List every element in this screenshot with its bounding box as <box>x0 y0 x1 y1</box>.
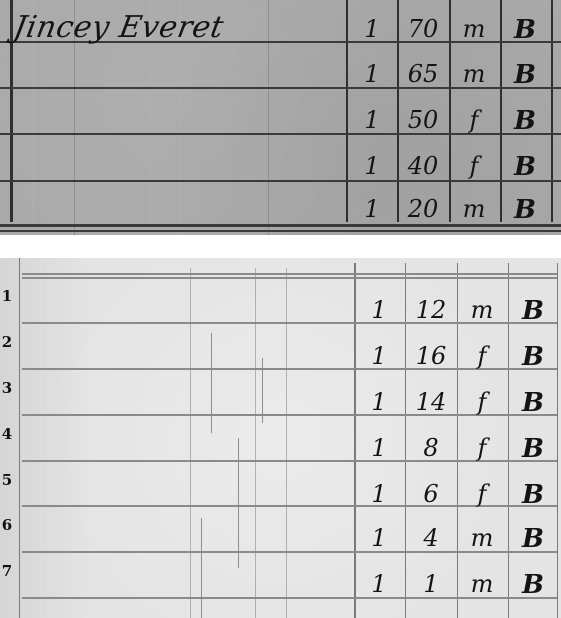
sex-cell: m <box>452 197 496 221</box>
faint-rule <box>190 268 191 618</box>
sex-cell: m <box>460 298 504 322</box>
number-cell: 1 <box>357 344 401 368</box>
number-cell: 1 <box>350 108 394 132</box>
number-cell: 1 <box>357 572 401 596</box>
color-cell: B <box>511 390 555 416</box>
age-cell: 4 <box>409 526 453 550</box>
age-cell: 70 <box>401 17 445 41</box>
slave-owner-name: Jincey Everet <box>11 13 226 43</box>
number-cell: 1 <box>350 62 394 86</box>
line-number: 2 <box>0 333 14 351</box>
color-cell: B <box>511 572 555 598</box>
number-cell: 1 <box>357 526 401 550</box>
row-rule <box>22 368 557 370</box>
color-cell: B <box>503 108 547 134</box>
color-cell: B <box>511 344 555 370</box>
color-cell: B <box>503 154 547 180</box>
column-rule-sex <box>457 263 458 618</box>
faint-rule <box>268 0 269 235</box>
number-cell: 1 <box>350 154 394 178</box>
line-number: 6 <box>0 516 14 534</box>
column-rule-age <box>397 0 399 222</box>
sex-cell: m <box>452 62 496 86</box>
age-cell: 50 <box>401 108 445 132</box>
column-rule-age <box>405 263 406 618</box>
column-rule-number <box>354 263 356 618</box>
color-cell: B <box>503 62 547 88</box>
column-rule-sex <box>449 0 451 222</box>
number-cell: 1 <box>357 482 401 506</box>
left-margin-rule <box>19 258 20 618</box>
bottom-double-rule <box>0 230 561 232</box>
row-rule <box>22 460 557 462</box>
age-cell: 8 <box>409 436 453 460</box>
number-cell: 1 <box>357 390 401 414</box>
header-double-rule <box>22 273 557 275</box>
color-cell: B <box>511 482 555 508</box>
line-number: 4 <box>0 425 14 443</box>
line-number: 7 <box>0 562 14 580</box>
column-rule-color <box>508 263 509 618</box>
sex-cell: f <box>452 108 496 132</box>
faint-rule <box>255 268 256 618</box>
age-cell: 20 <box>401 197 445 221</box>
age-cell: 40 <box>401 154 445 178</box>
color-cell: B <box>511 298 555 324</box>
age-cell: 12 <box>409 298 453 322</box>
column-rule-color <box>500 0 502 222</box>
color-cell: B <box>503 197 547 223</box>
sex-cell: f <box>460 390 504 414</box>
color-cell: B <box>511 526 555 552</box>
age-cell: 16 <box>409 344 453 368</box>
row-rule <box>0 180 561 182</box>
age-cell: 65 <box>401 62 445 86</box>
line-number: 1 <box>0 287 14 305</box>
number-cell: 1 <box>357 298 401 322</box>
column-rule-end <box>557 263 558 618</box>
stray-mark <box>201 518 202 618</box>
line-number: 3 <box>0 379 14 397</box>
sex-cell: f <box>460 344 504 368</box>
bottom-census-fragment: 1 2 3 4 5 6 7 1 12 m B 1 16 f B 1 14 f B… <box>0 258 561 618</box>
bottom-double-rule <box>0 224 561 227</box>
sex-cell: f <box>460 436 504 460</box>
age-cell: 6 <box>409 482 453 506</box>
sex-cell: m <box>460 572 504 596</box>
top-census-fragment: Jincey Everet 1 70 m B 1 65 m B 1 50 f B… <box>0 0 561 235</box>
number-cell: 1 <box>350 17 394 41</box>
number-cell: 1 <box>350 197 394 221</box>
age-cell: 14 <box>409 390 453 414</box>
number-cell: 1 <box>357 436 401 460</box>
sex-cell: f <box>460 482 504 506</box>
color-cell: B <box>511 436 555 462</box>
line-number: 5 <box>0 471 14 489</box>
stray-mark <box>211 333 212 433</box>
age-cell: 1 <box>409 572 453 596</box>
sex-cell: f <box>452 154 496 178</box>
faint-rule <box>286 268 287 618</box>
row-rule <box>22 414 557 416</box>
color-cell: B <box>503 17 547 43</box>
column-rule-end <box>551 0 553 222</box>
sex-cell: m <box>452 17 496 41</box>
stray-mark <box>238 438 239 568</box>
sex-cell: m <box>460 526 504 550</box>
column-rule-number <box>346 0 348 222</box>
header-double-rule <box>22 277 557 279</box>
